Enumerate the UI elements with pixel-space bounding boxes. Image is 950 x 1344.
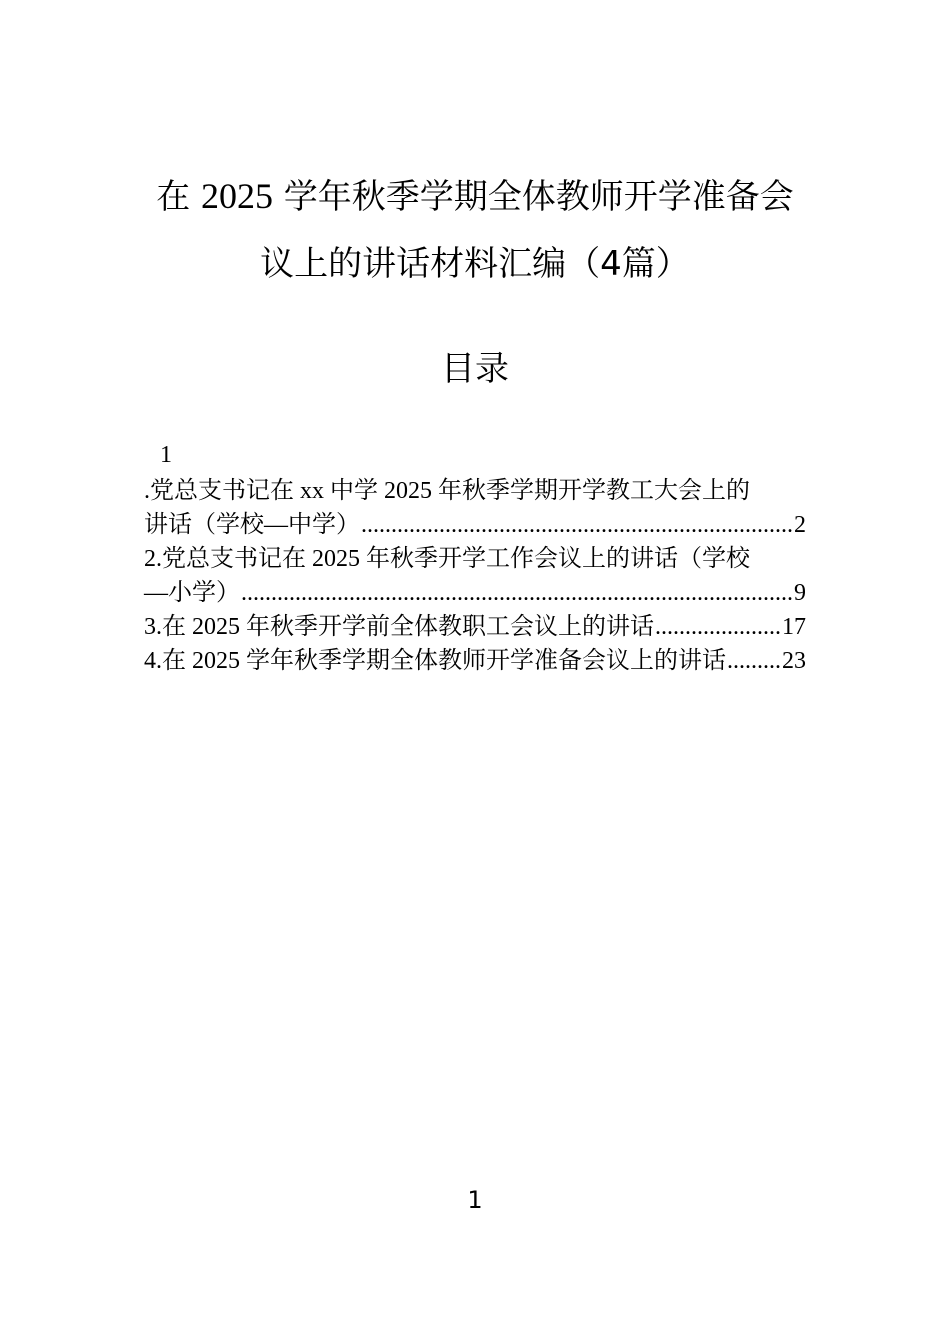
- toc-entry-1-line-2[interactable]: 讲话（学校—中学） 2: [144, 508, 806, 542]
- document-title-line-2: 议上的讲话材料汇编（4篇）: [0, 244, 950, 284]
- toc-entry-text: .党总支书记在 xx 中学 2025 年秋季学期开学教工大会上的: [144, 474, 750, 508]
- toc-entry-2-line-2[interactable]: —小学） 9: [144, 576, 806, 610]
- toc-entry-text: —小学）: [144, 576, 240, 610]
- toc-page-number: 17: [782, 610, 806, 644]
- title-suffix: 学年秋季学期全体教师开学准备会: [273, 177, 794, 217]
- dot-leader: [361, 508, 793, 542]
- toc-entry-text: 2.党总支书记在 2025 年秋季开学工作会议上的讲话（学校: [144, 542, 750, 576]
- toc-entry-1-line-1[interactable]: .党总支书记在 xx 中学 2025 年秋季学期开学教工大会上的: [144, 474, 806, 508]
- table-of-contents: 1 .党总支书记在 xx 中学 2025 年秋季学期开学教工大会上的 讲话（学校…: [144, 440, 806, 678]
- toc-page-number: 9: [794, 576, 806, 610]
- document-page: 在 2025 学年秋季学期全体教师开学准备会 议上的讲话材料汇编（4篇） 目录 …: [0, 0, 950, 1344]
- title-prefix: 在: [156, 177, 201, 217]
- dot-leader: [727, 644, 781, 678]
- toc-page-number: 23: [782, 644, 806, 678]
- toc-entry-text: 4.在 2025 学年秋季学期全体教师开学准备会议上的讲话: [144, 644, 726, 678]
- toc-heading: 目录: [0, 349, 950, 389]
- title-year: 2025: [201, 176, 273, 216]
- dot-leader: [655, 610, 781, 644]
- toc-entry-text: 讲话（学校—中学）: [144, 508, 360, 542]
- toc-page-number: 2: [794, 508, 806, 542]
- toc-entry-2-line-1[interactable]: 2.党总支书记在 2025 年秋季开学工作会议上的讲话（学校: [144, 542, 806, 576]
- dot-leader: [241, 576, 793, 610]
- footer-page-number: 1: [0, 1186, 950, 1214]
- toc-entry-4[interactable]: 4.在 2025 学年秋季学期全体教师开学准备会议上的讲话 23: [144, 644, 806, 678]
- toc-entry-1-number: 1: [144, 440, 806, 474]
- document-title-line-1: 在 2025 学年秋季学期全体教师开学准备会: [0, 176, 950, 217]
- toc-entry-text: 3.在 2025 年秋季开学前全体教职工会议上的讲话: [144, 610, 654, 644]
- toc-entry-3[interactable]: 3.在 2025 年秋季开学前全体教职工会议上的讲话 17: [144, 610, 806, 644]
